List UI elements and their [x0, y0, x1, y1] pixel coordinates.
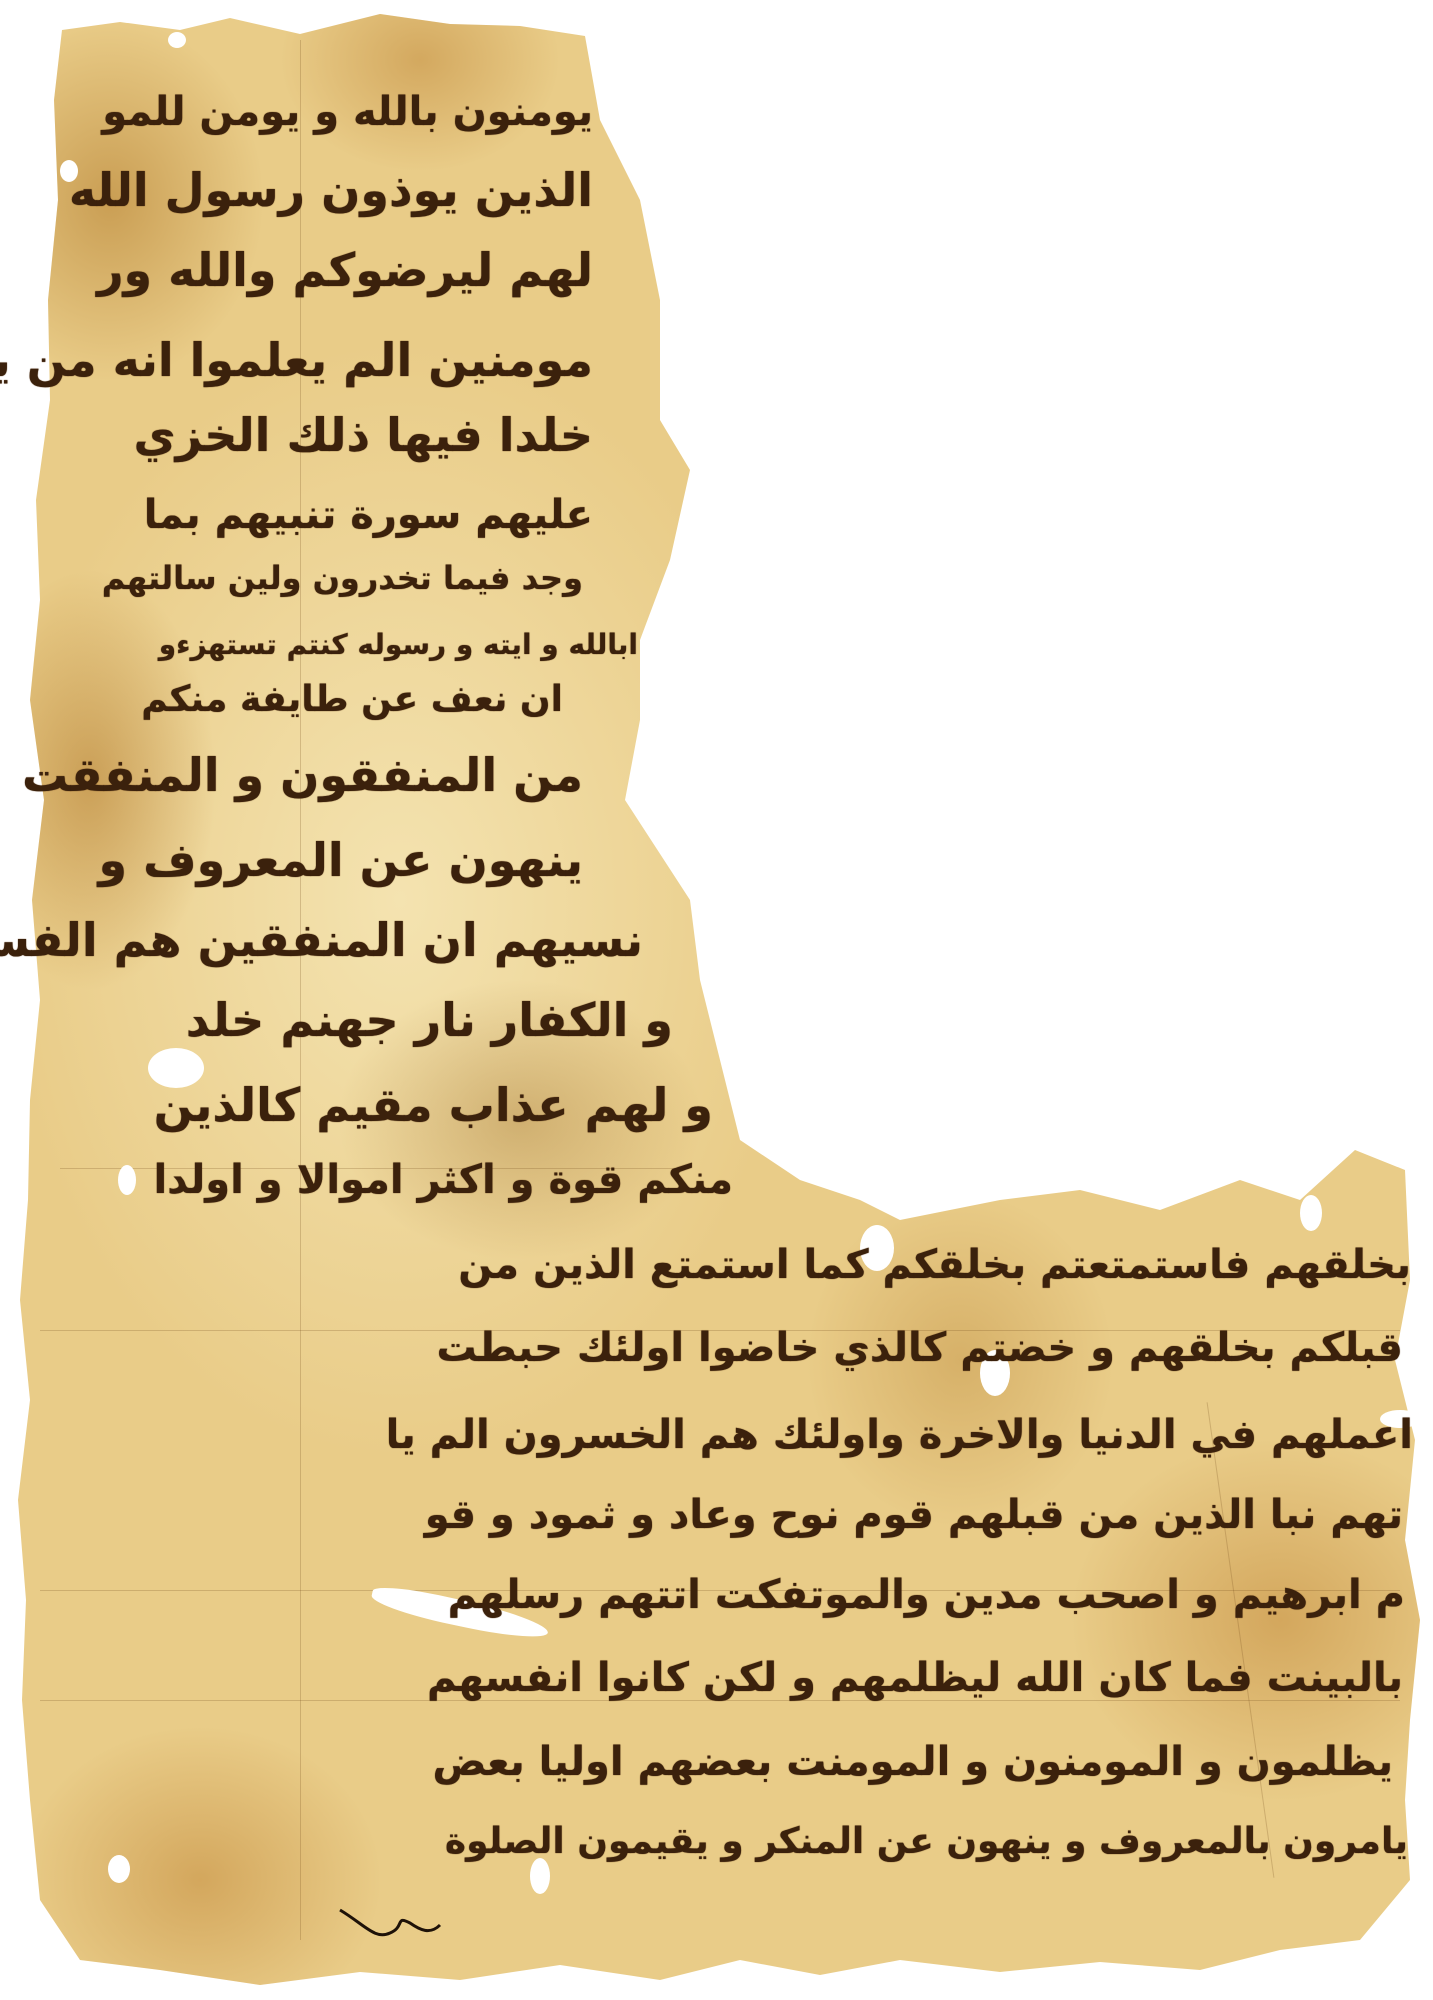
script-line: م ابرهيم و اصحب مدين والموتفكت اتتهم رسل…: [448, 1565, 1405, 1625]
script-line: بالبينت فما كان الله ليظلمهم و لكن كانوا…: [427, 1648, 1403, 1708]
script-line: و الكفار نار جهنم خلد: [186, 990, 673, 1050]
script-line: ينهون عن المعروف و: [99, 830, 583, 890]
script-line: اعملهم في الدنيا والاخرة واولئك هم الخسر…: [386, 1405, 1413, 1465]
hole: [168, 32, 186, 48]
script-line: لهم ليرضوكم والله ور: [97, 240, 593, 300]
hole: [118, 1165, 136, 1195]
script-line: نسيهم ان المنفقين هم الفسقو: [0, 910, 643, 970]
script-line: عليهم سورة تنبيهم بما: [144, 485, 593, 545]
script-line: تهم نبا الذين من قبلهم قوم نوح وعاد و ثم…: [425, 1485, 1403, 1545]
script-line: ان نعف عن طايفة منكم: [141, 670, 563, 730]
script-line: ابالله و ايته و رسوله كنتم تستهزءو: [159, 615, 638, 675]
script-line: يومنون بالله و يومن للمو: [102, 82, 593, 142]
script-line: الذين يوذون رسول الله: [69, 160, 593, 220]
hole: [108, 1855, 130, 1883]
script-line: قبلكم بخلقهم و خضتم كالذي خاضوا اولئك حب…: [437, 1318, 1403, 1378]
script-line: يامرون بالمعروف و ينهون عن المنكر و يقيم…: [445, 1812, 1408, 1872]
script-line: وجد فيما تخدرون ولين سالتهم: [102, 548, 583, 608]
script-line: من المنفقون و المنفقت: [22, 745, 583, 805]
margin-mark: [335, 1905, 445, 1945]
script-line: منكم قوة و اكثر اموالا و اولدا: [153, 1150, 733, 1210]
script-line: خلدا فيها ذلك الخزي: [133, 405, 593, 465]
script-line: و لهم عذاب مقيم كالذين: [154, 1075, 713, 1135]
script-line: يظلمون و المومنون و المومنت بعضهم اوليا …: [433, 1732, 1393, 1792]
hole: [1300, 1195, 1322, 1231]
script-line: مومنين الم يعلموا انه من يحا: [0, 330, 593, 390]
script-line: بخلقهم فاستمتعتم بخلقكم كما استمتع الذين…: [458, 1235, 1411, 1295]
